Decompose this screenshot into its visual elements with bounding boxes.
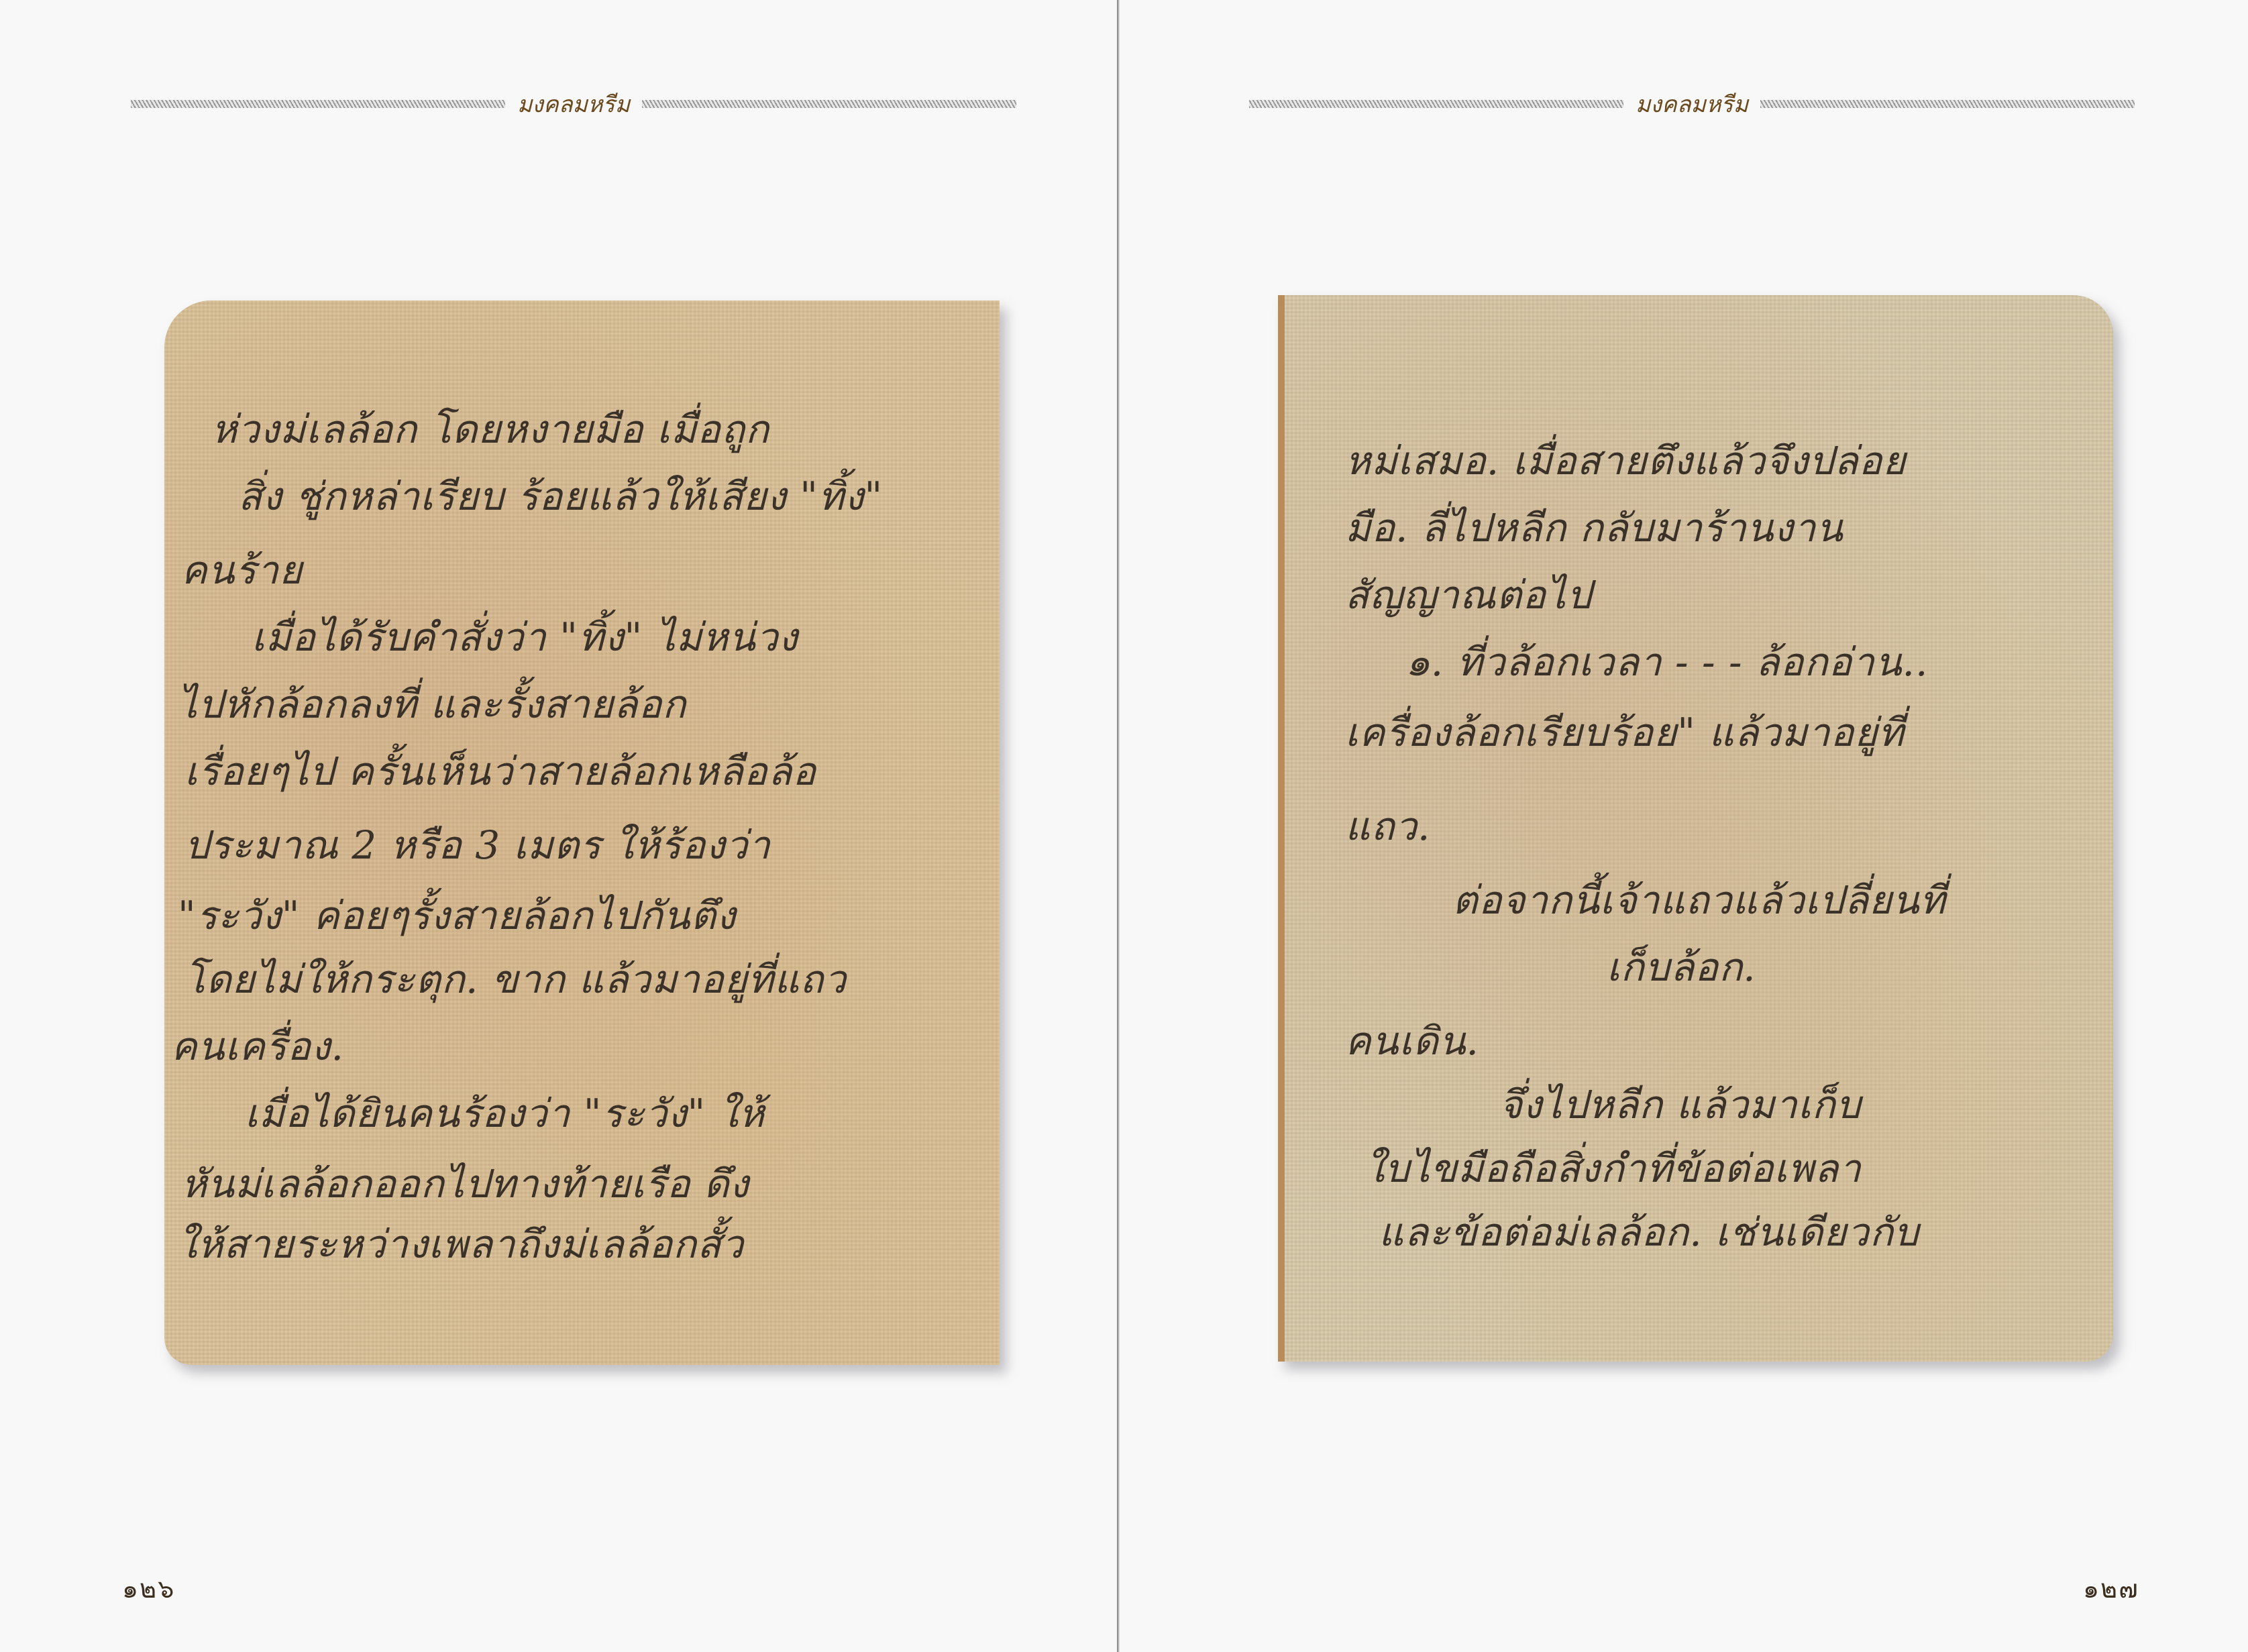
handwritten-line: สิ่ง ชู่กหล่าเรียบ ร้อยแล้วให้เสียง "ทิ้… (238, 465, 883, 527)
page-number: ๑๒๖ (122, 1568, 175, 1609)
handwritten-line: ไปหักล้อกลงที่ และรั้งสายล้อก (178, 673, 686, 735)
handwritten-line: เมื่อได้ยินคนร้องว่า "ระวัง" ให้ (245, 1082, 765, 1144)
handwritten-notecard-left: ห่วงม่เลล้อก โดยหงายมือ เมื่อถูก สิ่ง ชู… (164, 300, 1000, 1365)
handwritten-line: และข้อต่อม่เลล้อก. เช่นเดียวกับ (1379, 1201, 1919, 1263)
handwritten-line: คนร้าย (181, 539, 303, 601)
handwritten-line: "ระวัง" ค่อยๆรั้งสายล้อกไปกันตึง (178, 884, 736, 946)
handwritten-line: คนเดิน. (1345, 1009, 1479, 1072)
handwritten-line: ให้สายระหว่างเพลาถึงม่เลล้อกสั้ว (178, 1213, 744, 1275)
header-rule-left (1249, 100, 1623, 108)
handwritten-line: ห่วงม่เลล้อก โดยหงายมือ เมื่อถูก (211, 398, 769, 460)
handwritten-line: ใบไขมือถือสิ่งกำที่ข้อต่อเพลา (1365, 1137, 1862, 1199)
handwritten-line: สัญญาณต่อไป (1345, 563, 1592, 626)
left-running-header: มงคลมหรีม (131, 91, 1016, 117)
book-gutter (1117, 0, 1120, 1652)
handwritten-notecard-right: หม่เสมอ. เมื่อสายตึงแล้วจึงปล่อย มือ. ลี… (1278, 295, 2113, 1362)
handwritten-line: เก็บล้อก. (1607, 936, 1756, 998)
handwritten-line: โดยไม่ให้กระตุก. ขาก แล้วมาอยู่ที่แถว (184, 948, 847, 1010)
page-number: ๑๒๗ (2083, 1568, 2139, 1609)
header-rule-right (642, 100, 1016, 108)
running-title: มงคลมหรีม (505, 86, 642, 122)
handwritten-line: ต่อจากนี้เจ้าแถวแล้วเปลี่ยนที่ (1452, 869, 1946, 931)
handwritten-line: มือ. ลี่ไปหลีก กลับมาร้านงาน (1345, 496, 1843, 559)
handwritten-line: เครื่องล้อกเรียบร้อย" แล้วมาอยู่ที่ (1345, 701, 1905, 763)
running-title: มงคลมหรีม (1623, 86, 1760, 122)
header-rule-right (1760, 100, 2135, 108)
handwritten-line: คนเครื่อง. (171, 1015, 344, 1077)
handwritten-line: หม่เสมอ. เมื่อสายตึงแล้วจึงปล่อย (1345, 429, 1906, 492)
header-rule-left (131, 100, 505, 108)
handwritten-line: ประมาณ 2 หรือ 3 เมตร ให้ร้องว่า (184, 814, 771, 876)
handwritten-line: เรื่อยๆไป ครั้นเห็นว่าสายล้อกเหลือล้อ (184, 740, 816, 802)
handwritten-line: แถว. (1345, 795, 1431, 857)
handwritten-line: เมื่อได้รับคำสั่งว่า "ทิ้ง" ไม่หน่วง (252, 606, 798, 668)
handwritten-line: หันม่เลล้อกออกไปทางท้ายเรือ ดึง (181, 1152, 749, 1215)
handwritten-line: ๑. ที่วล้อกเวลา - - - ล้อกอ่าน.. (1405, 630, 1928, 693)
right-running-header: มงคลมหรีม (1249, 91, 2135, 117)
handwritten-line: จึ่งไปหลีก แล้วมาเก็บ (1499, 1073, 1862, 1136)
